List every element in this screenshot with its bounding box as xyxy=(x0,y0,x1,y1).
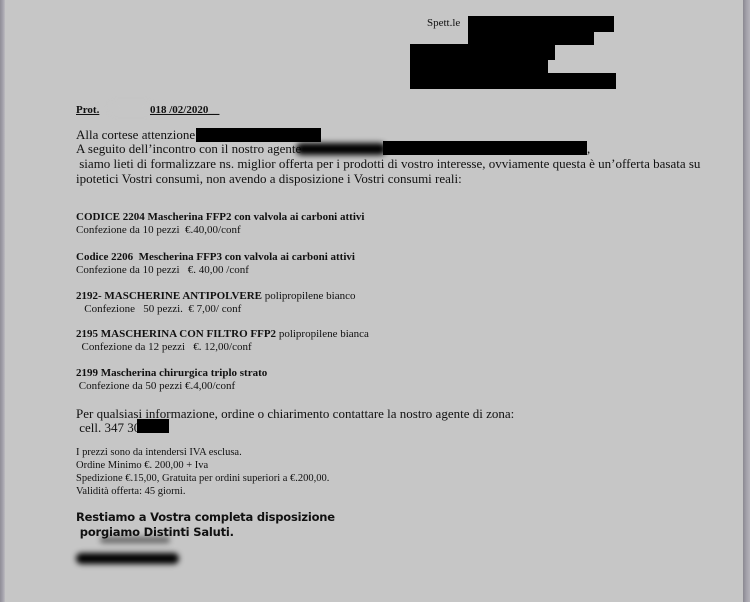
product-title: Codice 2206 Mescherina FFP3 con valvola … xyxy=(76,251,355,264)
product-code-name: 2199 Mascherina chirurgica triplo strato xyxy=(76,367,267,379)
attention-name-redaction xyxy=(196,128,321,142)
recipient-redaction xyxy=(410,44,555,60)
page-edge-left xyxy=(0,0,5,602)
closing-line1: Restiamo a Vostra completa disposizione xyxy=(76,510,335,524)
signature-smudge xyxy=(100,537,170,543)
contact-phone: cell. 347 30 xyxy=(76,421,140,435)
agent-name-redaction xyxy=(383,141,587,155)
product-code-name: CODICE 2204 Mascherina FFP2 con valvola … xyxy=(76,211,364,223)
protocol-value: 018 /02/2020__ xyxy=(150,104,219,117)
product-pack-price: Confezione da 12 pezzi €. 12,00/conf xyxy=(76,341,252,354)
product-code-name: 2192- MASCHERINE ANTIPOLVERE xyxy=(76,290,262,302)
recipient-redaction xyxy=(468,30,594,45)
product-material: polipropilene bianca xyxy=(276,328,369,340)
page-edge-right xyxy=(743,0,750,602)
product-title: 2192- MASCHERINE ANTIPOLVERE polipropile… xyxy=(76,290,356,303)
intro-body-line1: siamo lieti di formalizzare ns. miglior … xyxy=(76,157,700,171)
agent-name-blur xyxy=(296,143,386,155)
product-pack-price: Confezione 50 pezzi. € 7,00/ conf xyxy=(76,303,241,316)
signature-redaction xyxy=(76,553,179,564)
terms-vat: I prezzi sono da intendersi IVA esclusa. xyxy=(76,446,242,459)
product-pack-price: Confezione da 10 pezzi €.40,00/conf xyxy=(76,224,241,237)
phone-redaction xyxy=(137,419,169,433)
terms-validity: Validità offerta: 45 giorni. xyxy=(76,485,185,498)
terms-shipping: Spedizione €.15,00, Gratuita per ordini … xyxy=(76,472,329,485)
agent-line: A seguito dell’incontro con il nostro ag… xyxy=(76,142,301,156)
terms-minimum-order: Ordine Minimo €. 200,00 + Iva xyxy=(76,459,208,472)
product-title: CODICE 2204 Mascherina FFP2 con valvola … xyxy=(76,211,364,224)
recipient-redaction xyxy=(410,73,616,89)
product-title: 2195 MASCHERINA CON FILTRO FFP2 poliprop… xyxy=(76,328,369,341)
product-pack-price: Confezione da 10 pezzi €. 40,00 /conf xyxy=(76,264,249,277)
product-code-name: Codice 2206 Mescherina FFP3 con valvola … xyxy=(76,251,355,263)
protocol-label: Prot. xyxy=(76,104,99,117)
product-code-name: 2195 MASCHERINA CON FILTRO FFP2 xyxy=(76,328,276,340)
product-pack-price: Confezione da 50 pezzi €.4,00/conf xyxy=(76,380,235,393)
intro-body-line2: ipotetici Vostri consumi, non avendo a d… xyxy=(76,172,462,186)
protocol-blur xyxy=(110,103,152,113)
attention-label: Alla cortese attenzione xyxy=(76,128,195,142)
product-title: 2199 Mascherina chirurgica triplo strato xyxy=(76,367,267,380)
agent-line-comma: , xyxy=(587,142,590,156)
recipient-label: Spett.le xyxy=(427,17,460,30)
product-material: polipropilene bianco xyxy=(262,290,355,302)
